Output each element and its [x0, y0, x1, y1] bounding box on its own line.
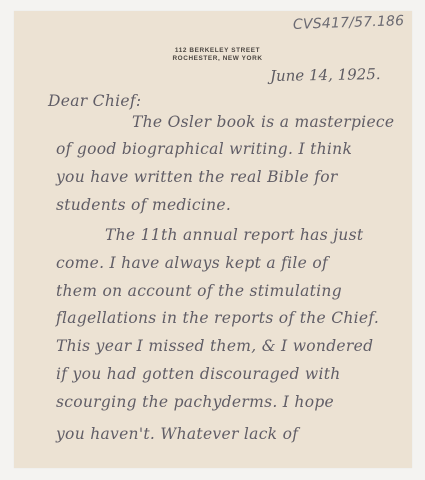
letterhead-street: 112 BERKELEY STREET [150, 47, 285, 55]
letter-line: if you had gotten discouraged with [56, 365, 341, 383]
letter-line: you haven't. Whatever lack of [56, 425, 298, 443]
letterhead-city: ROCHESTER, NEW YORK [150, 55, 285, 63]
letter-line: This year I missed them, & I wondered [56, 337, 373, 355]
letter-line: come. I have always kept a file of [56, 254, 328, 272]
letter-line: flagellations in the reports of the Chie… [56, 309, 379, 327]
letterhead: 112 BERKELEY STREET ROCHESTER, NEW YORK [150, 47, 285, 63]
letter-line: The Osler book is a masterpiece [132, 113, 394, 131]
letter-date: June 14, 1925. [270, 65, 381, 85]
letter-line: of good biographical writing. I think [56, 140, 352, 158]
letter-line: scourging the pachyderms. I hope [56, 393, 334, 411]
letter-line: them on account of the stimulating [56, 282, 342, 300]
salutation: Dear Chief: [48, 92, 141, 110]
letter-line: students of medicine. [56, 196, 231, 214]
letter-line: you have written the real Bible for [56, 168, 338, 186]
letter-line: The 11th annual report has just [105, 226, 363, 244]
